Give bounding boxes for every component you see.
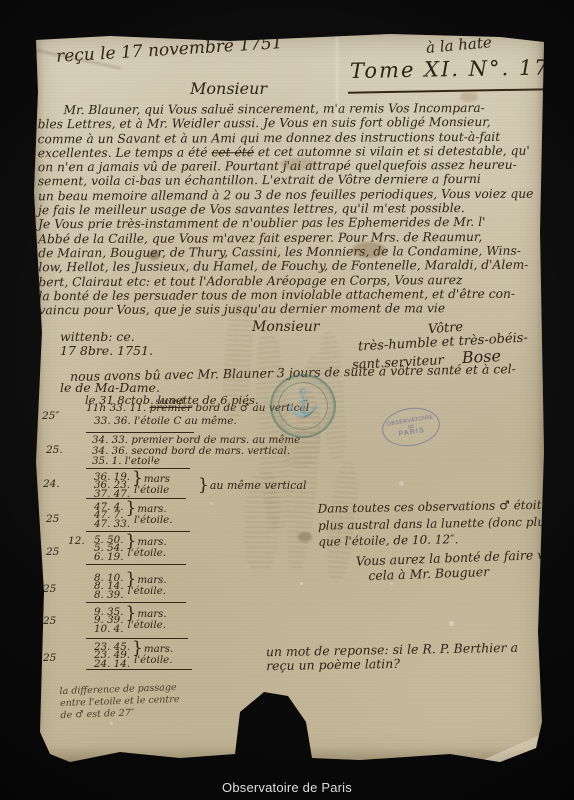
response-note: un mot de reponse: si le R. P. Berthier … (266, 641, 519, 673)
margin-value: 25 (46, 546, 59, 558)
margin-value: 25 (43, 652, 56, 664)
paper-specks (150, 462, 153, 465)
folded-corner (474, 732, 546, 764)
struck-word: cet été (211, 145, 254, 159)
ink-bleed (242, 471, 281, 573)
table-rule (86, 602, 186, 603)
stain (352, 242, 386, 258)
margin-value: 25 (43, 583, 56, 595)
inserted-word: second (156, 395, 184, 408)
margin-vertical-note: difference de passage entre l'etoile et … (24, 332, 34, 662)
premargin-value: 12. (68, 535, 85, 547)
observation-group: 23. 45.}mars. 23. 49. 24. 14.l'étoile. (94, 641, 173, 670)
observation-group: 5. 50.}mars. 5. 54. 6. 19.l'étoile. (94, 534, 167, 563)
table-rule (86, 564, 186, 565)
photo-caption: Observatoire de Paris (0, 780, 574, 795)
stain (460, 92, 478, 102)
salutation: Monsieur (190, 79, 267, 98)
body-line: vaincu pour Vous, que je suis jusqu'au d… (38, 301, 534, 318)
obs-time: 33. 36. (94, 415, 131, 427)
obs-label: l'étoile C au même. (134, 415, 237, 427)
bottom-left-note: la difference de passage entre l'etoile … (59, 682, 180, 722)
observatoire-de-paris-stamp: OBSERVATOIRE DE PARIS (379, 404, 442, 451)
margin-value: 24. (43, 478, 60, 490)
body-line: la bonté de les persuader tous de mon in… (38, 287, 534, 304)
tome-number-annotation: Tome XI. N°. 176. (350, 55, 574, 83)
manuscript-letter: reçu le 17 novembre 1751 à la hate Tome … (30, 32, 546, 764)
letter-body: Mr. Blauner, qui Vous saluë sincerement,… (37, 101, 534, 318)
margin-value: 25″ (42, 410, 59, 422)
bouguer-note: Vous aurez la bonté de faire voir cela à… (356, 546, 563, 583)
table-rule (86, 531, 190, 532)
stain (298, 532, 312, 542)
table-rule (86, 432, 194, 433)
date-line: 17 8bre. 1751. (60, 343, 153, 358)
ink-bleed (317, 331, 348, 462)
obs-time: 11h 33. 11. (86, 402, 146, 414)
observation-group: 9. 35.}mars. 9. 39. 10. 4.l'étoile. (94, 606, 167, 635)
margin-value: 25 (43, 615, 56, 627)
observation-group: 36. 19.}mars 36. 23. 37. 47.l'étoile }au… (94, 471, 170, 500)
observation-group: 47. 4.}mars. 47. 7. 47. 33.l'étoile. (94, 501, 173, 530)
haste-annotation: à la hate (425, 33, 492, 57)
margin-value: 25 (46, 513, 59, 525)
side-note: Dans toutes ces observations ♂ étoit con… (318, 495, 574, 550)
paper-crease (336, 32, 338, 132)
stain (148, 250, 160, 260)
observation-group: 8. 10.}mars. 8. 14. 8. 39.l'étoile. (94, 572, 167, 601)
stain (280, 158, 316, 170)
tome-underline (348, 88, 548, 93)
ink-bleed (279, 387, 322, 468)
margin-value: 25. (46, 444, 63, 456)
place-line: wittenb: ce. (60, 329, 135, 344)
